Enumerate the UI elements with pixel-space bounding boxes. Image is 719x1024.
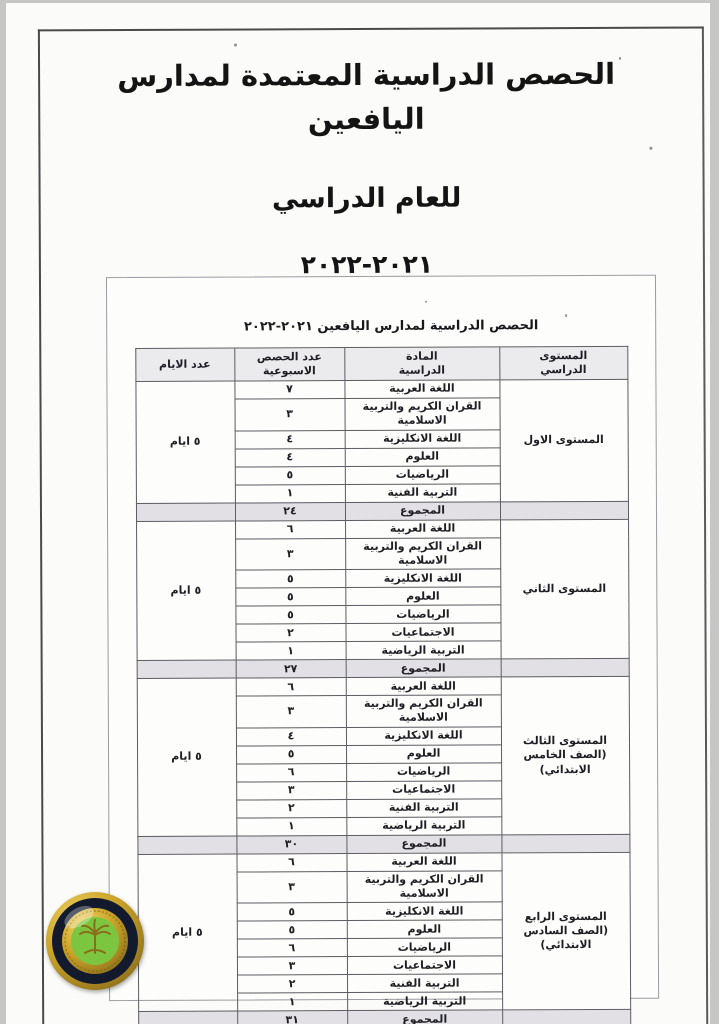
- periods-cell: ١: [235, 484, 345, 502]
- total-level-empty-cell: [501, 834, 629, 853]
- periods-cell: ٥: [237, 921, 347, 939]
- subject-row: المستوى الاولاللغة العربية٧٥ ايام: [135, 379, 627, 399]
- periods-cell: ٣: [236, 696, 346, 728]
- periods-cell: ٦: [235, 520, 345, 538]
- periods-cell: ٦: [236, 678, 346, 696]
- total-row: المجموع٣٠: [137, 834, 629, 854]
- periods-cell: ٢: [235, 624, 345, 642]
- periods-cell: ٥: [235, 606, 345, 624]
- subject-cell: اللغة العربية: [346, 677, 501, 696]
- subject-cell: الرياضيات: [347, 938, 502, 957]
- periods-cell: ٧: [234, 381, 344, 399]
- days-cell: ٥ ايام: [137, 678, 237, 836]
- subject-cell: اللغة الانكليزية: [347, 902, 502, 921]
- periods-cell: ٥: [235, 588, 345, 606]
- subject-cell: اللغة العربية: [344, 380, 499, 399]
- document-title: الحصص الدراسية المعتمدة لمدارس اليافعين …: [64, 52, 669, 287]
- periods-cell: ٣: [237, 957, 347, 975]
- periods-cell: ٦: [236, 763, 346, 781]
- periods-cell: ٣: [237, 871, 347, 903]
- subject-cell: اللغة العربية: [345, 519, 500, 538]
- periods-cell: ٦: [237, 939, 347, 957]
- scanned-document: الحصص الدراسية المعتمدة لمدارس اليافعين …: [0, 0, 719, 1024]
- total-days-empty-cell: [136, 503, 235, 521]
- paper-sheet: الحصص الدراسية المعتمدة لمدارس اليافعين …: [6, 3, 710, 1024]
- subject-cell: الرياضيات: [345, 465, 500, 484]
- total-level-empty-cell: [501, 659, 629, 678]
- total-label-cell: المجموع: [347, 1010, 502, 1024]
- subject-cell: الاجتماعيات: [345, 623, 500, 642]
- subject-cell: الاجتماعيات: [347, 956, 502, 975]
- level-name-cell: المستوى الاول: [499, 379, 628, 501]
- subject-cell: التربية الفنية: [346, 799, 501, 818]
- total-value-cell: ٢٧: [236, 660, 346, 678]
- header-weekly-periods: عدد الحصص الاسبوعية: [234, 348, 344, 381]
- days-cell: ٥ ايام: [135, 381, 235, 503]
- subject-cell: اللغة الانكليزية: [345, 429, 500, 448]
- total-value-cell: ٣٠: [236, 835, 346, 853]
- total-days-empty-cell: [137, 836, 236, 854]
- header-subject: المادة الدراسية: [344, 347, 499, 381]
- subject-cell: القران الكريم والتربية الاسلامية: [346, 695, 501, 727]
- periods-cell: ٥: [237, 903, 347, 921]
- title-line-2: للعام الدراسي: [65, 178, 669, 221]
- subject-cell: القران الكريم والتربية الاسلامية: [344, 398, 499, 430]
- subject-cell: التربية الرياضية: [346, 817, 501, 836]
- total-row: المجموع٣١: [138, 1010, 630, 1024]
- header-level: المستوى الدراسي: [499, 346, 627, 380]
- subject-cell: التربية الفنية: [347, 974, 502, 993]
- ministry-emblem-logo: [45, 891, 145, 991]
- periods-cell: ١: [236, 817, 346, 835]
- level-name-cell: المستوى الثاني: [500, 519, 629, 659]
- subject-cell: اللغة العربية: [346, 853, 501, 872]
- subject-cell: اللغة الانكليزية: [345, 569, 500, 588]
- scan-speck: [649, 147, 652, 150]
- title-line-1: الحصص الدراسية المعتمدة لمدارس اليافعين: [64, 52, 668, 143]
- periods-cell: ٦: [236, 853, 346, 871]
- subject-cell: العلوم: [345, 587, 500, 606]
- periods-cell: ١: [236, 642, 346, 660]
- total-label-cell: المجموع: [346, 659, 501, 678]
- level-name-cell: المستوى الثالث (الصف الخامس الابتدائي): [501, 677, 630, 835]
- subject-cell: اللغة الانكليزية: [346, 727, 501, 746]
- subject-cell: القران الكريم والتربية الاسلامية: [347, 871, 502, 903]
- document-content: الحصص الدراسية المعتمدة لمدارس اليافعين …: [4, 1, 712, 1024]
- periods-cell: ٣: [234, 399, 344, 431]
- subject-row: المستوى الثالث (الصف الخامس الابتدائي)ال…: [137, 677, 629, 697]
- periods-cell: ٢: [237, 975, 347, 993]
- level-name-cell: المستوى الرابع (الصف السادس الابتدائي): [501, 852, 630, 1010]
- periods-cell: ٣: [235, 538, 345, 570]
- total-value-cell: ٢٤: [235, 502, 345, 520]
- periods-cell: ٤: [235, 430, 345, 448]
- periods-cell: ٤: [235, 448, 345, 466]
- subject-cell: العلوم: [345, 447, 500, 466]
- total-days-empty-cell: [137, 660, 236, 678]
- periods-cell: ٢: [236, 799, 346, 817]
- total-row: المجموع٢٤: [136, 501, 628, 521]
- scan-speck: [619, 57, 621, 60]
- scan-speck: [234, 44, 237, 47]
- subject-cell: العلوم: [347, 920, 502, 939]
- days-cell: ٥ ايام: [136, 521, 236, 661]
- total-label-cell: المجموع: [345, 501, 500, 520]
- total-row: المجموع٢٧: [137, 659, 629, 679]
- subject-cell: التربية الرياضية: [346, 641, 501, 660]
- table-section-box: الحصص الدراسية لمدارس اليافعين ٢٠٢١-٢٠٢٢…: [106, 275, 659, 1001]
- scan-speck: [565, 314, 567, 317]
- table-title: الحصص الدراسية لمدارس اليافعين ٢٠٢١-٢٠٢٢: [117, 318, 665, 335]
- subject-cell: الرياضيات: [345, 605, 500, 624]
- periods-cell: ٣: [236, 781, 346, 799]
- total-level-empty-cell: [500, 501, 628, 520]
- total-level-empty-cell: [502, 1010, 630, 1024]
- total-value-cell: ٣١: [237, 1011, 347, 1024]
- subject-cell: العلوم: [346, 745, 501, 764]
- periods-cell: ١: [237, 993, 347, 1011]
- scan-speck: [425, 301, 427, 303]
- periods-cell: ٥: [236, 745, 346, 763]
- subject-row: المستوى الثانياللغة العربية٦٥ ايام: [136, 519, 628, 539]
- table-header-row: المستوى الدراسي المادة الدراسية عدد الحص…: [135, 346, 627, 381]
- subject-row: المستوى الرابع (الصف السادس الابتدائي)ال…: [137, 852, 629, 872]
- subject-cell: الرياضيات: [346, 763, 501, 782]
- subject-cell: القران الكريم والتربية الاسلامية: [345, 537, 500, 569]
- periods-cell: ٥: [235, 570, 345, 588]
- schedule-table: المستوى الدراسي المادة الدراسية عدد الحص…: [135, 346, 631, 1024]
- subject-cell: التربية الرياضية: [347, 992, 502, 1011]
- subject-cell: التربية الفنية: [345, 483, 500, 502]
- subject-cell: الاجتماعيات: [346, 781, 501, 800]
- total-label-cell: المجموع: [346, 835, 501, 854]
- total-days-empty-cell: [138, 1011, 237, 1024]
- periods-cell: ٤: [236, 727, 346, 745]
- periods-cell: ٥: [235, 466, 345, 484]
- header-days: عدد الايام: [135, 348, 234, 381]
- days-cell: ٥ ايام: [137, 854, 237, 1012]
